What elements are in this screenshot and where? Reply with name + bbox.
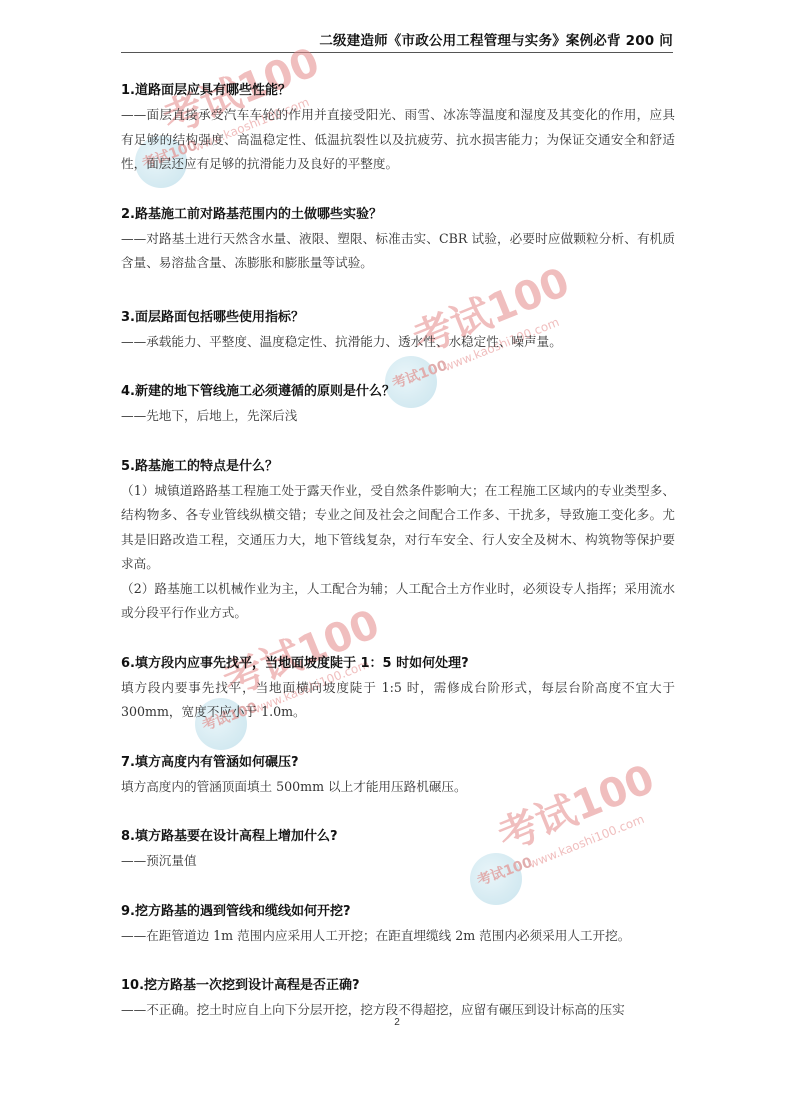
qa-item: 4.新建的地下管线施工必须遵循的原则是什么？ ——先地下，后地上，先深后浅 xyxy=(121,380,675,429)
question-heading: 9.挖方路基的遇到管线和缆线如何开挖? xyxy=(121,900,675,924)
answer-text: ——预沉量值 xyxy=(121,849,675,874)
qa-item: 10.挖方路基一次挖到设计高程是否正确? ——不正确。挖土时应自上向下分层开挖，… xyxy=(121,974,675,1023)
answer-text: ——承载能力、平整度、温度稳定性、抗滑能力、透水性、水稳定性、噪声量。 xyxy=(121,330,675,355)
qa-list: 1.道路面层应具有哪些性能？ ——面层直接承受汽车车轮的作用并直接受阳光、雨雪、… xyxy=(121,79,675,1043)
question-heading: 4.新建的地下管线施工必须遵循的原则是什么？ xyxy=(121,380,675,404)
question-heading: 8.填方路基要在设计高程上增加什么? xyxy=(121,825,675,849)
answer-text: ——面层直接承受汽车车轮的作用并直接受阳光、雨雪、冰冻等温度和湿度及其变化的作用… xyxy=(121,103,675,177)
answer-text: ——对路基土进行天然含水量、液限、塑限、标准击实、CBR 试验，必要时应做颗粒分… xyxy=(121,227,675,276)
qa-item: 7.填方高度内有管涵如何碾压? 填方高度内的管涵顶面填土 500mm 以上才能用… xyxy=(121,751,675,800)
answer-text: ——在距管道边 1m 范围内应采用人工开挖；在距直埋缆线 2m 范围内必须采用人… xyxy=(121,924,675,949)
qa-item: 6.填方段内应事先找平，当地面坡度陡于 1：5 时如何处理? 填方段内要事先找平… xyxy=(121,652,675,725)
qa-item: 1.道路面层应具有哪些性能？ ——面层直接承受汽车车轮的作用并直接受阳光、雨雪、… xyxy=(121,79,675,177)
answer-text: （2）路基施工以机械作业为主，人工配合为辅；人工配合土方作业时，必须设专人指挥；… xyxy=(121,577,675,626)
question-heading: 2.路基施工前对路基范围内的土做哪些实验？ xyxy=(121,203,675,227)
qa-item: 3.面层路面包括哪些使用指标？ ——承载能力、平整度、温度稳定性、抗滑能力、透水… xyxy=(121,306,675,355)
qa-item: 2.路基施工前对路基范围内的土做哪些实验？ ——对路基土进行天然含水量、液限、塑… xyxy=(121,203,675,276)
question-heading: 7.填方高度内有管涵如何碾压? xyxy=(121,751,675,775)
answer-text: 填方段内要事先找平，当地面横向坡度陡于 1:5 时，需修成台阶形式，每层台阶高度… xyxy=(121,676,675,725)
question-heading: 3.面层路面包括哪些使用指标？ xyxy=(121,306,675,330)
question-heading: 6.填方段内应事先找平，当地面坡度陡于 1：5 时如何处理? xyxy=(121,652,675,676)
question-heading: 10.挖方路基一次挖到设计高程是否正确? xyxy=(121,974,675,998)
qa-item: 8.填方路基要在设计高程上增加什么? ——预沉量值 xyxy=(121,825,675,874)
answer-text: （1）城镇道路路基工程施工处于露天作业，受自然条件影响大；在工程施工区域内的专业… xyxy=(121,479,675,577)
question-heading: 5.路基施工的特点是什么？ xyxy=(121,455,675,479)
question-heading: 1.道路面层应具有哪些性能？ xyxy=(121,79,675,103)
document-title: 二级建造师《市政公用工程管理与实务》案例必背 200 问 xyxy=(319,33,673,49)
answer-text: 填方高度内的管涵顶面填土 500mm 以上才能用压路机碾压。 xyxy=(121,775,675,800)
page-header: 二级建造师《市政公用工程管理与实务》案例必背 200 问 xyxy=(121,30,673,53)
qa-item: 5.路基施工的特点是什么？ （1）城镇道路路基工程施工处于露天作业，受自然条件影… xyxy=(121,455,675,626)
page-number: 2 xyxy=(0,1017,794,1028)
qa-item: 9.挖方路基的遇到管线和缆线如何开挖? ——在距管道边 1m 范围内应采用人工开… xyxy=(121,900,675,949)
answer-text: ——先地下，后地上，先深后浅 xyxy=(121,404,675,429)
